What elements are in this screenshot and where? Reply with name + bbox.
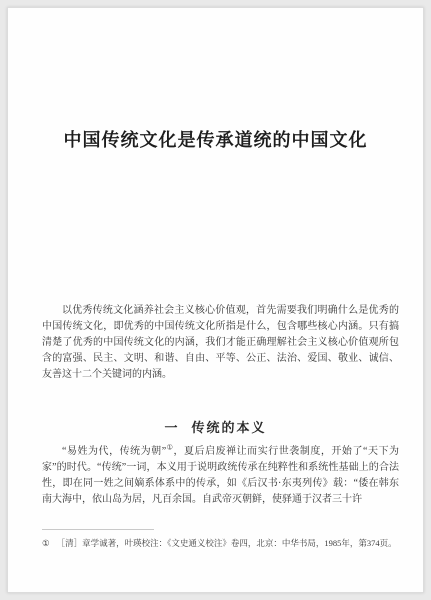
- section-title: 传统的本义: [192, 420, 267, 435]
- section-heading: 一传统的本义: [8, 417, 423, 436]
- footnote: ①［清］章学诚著，叶瑛校注：《文史通义校注》卷四，北京：中华书局，1985年，第…: [42, 537, 404, 550]
- paragraph-text-before-note: “易姓为代，传统为朝”: [62, 446, 166, 457]
- intro-paragraph: 以优秀传统文化涵养社会主义核心价值观，首先需要我们明确什么是优秀的中国传统文化，…: [42, 303, 399, 383]
- footnote-reference-marker: ①: [166, 444, 173, 452]
- book-page: 中国传统文化是传承道统的中国文化 以优秀传统文化涵养社会主义核心价值观，首先需要…: [7, 7, 424, 593]
- footnote-separator-rule: [42, 529, 154, 530]
- section-number: 一: [164, 420, 179, 435]
- document-screenshot: 中国传统文化是传承道统的中国文化 以优秀传统文化涵养社会主义核心价值观，首先需要…: [0, 0, 431, 600]
- article-title: 中国传统文化是传承道统的中国文化: [8, 126, 423, 152]
- paragraph-traditional-meaning: “易姓为代，传统为朝”①，夏后启废禅让而实行世袭制度，开始了“天下为家”的时代。…: [42, 444, 399, 508]
- footnote-text: ［清］章学诚著，叶瑛校注：《文史通义校注》卷四，北京：中华书局，1985年，第3…: [57, 538, 397, 548]
- footnote-marker: ①: [42, 538, 50, 548]
